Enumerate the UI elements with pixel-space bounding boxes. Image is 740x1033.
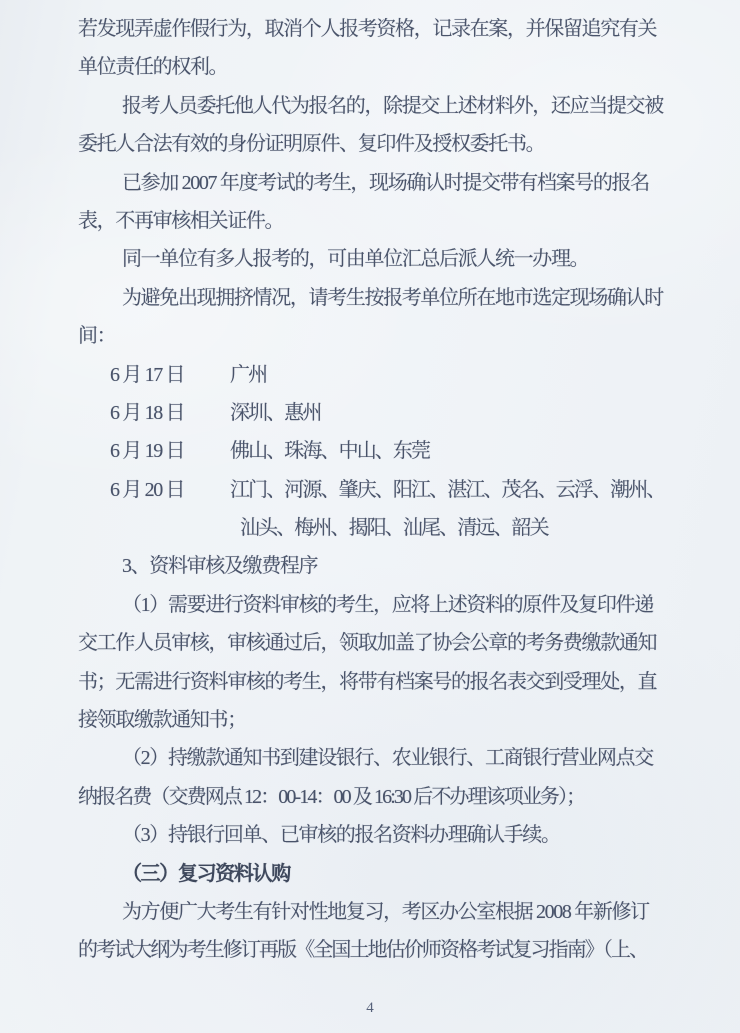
text-line: 单位责任的权利。 bbox=[78, 48, 678, 86]
schedule-cities: 佛山、珠海、中山、东莞 bbox=[230, 440, 429, 462]
text-line: （2）持缴款通知书到建设银行、农业银行、工商银行营业网点交 bbox=[78, 739, 678, 777]
text-line: 纳报名费（交费网点 12：00-14：00 及 16:30 后不办理该项业务）； bbox=[78, 778, 678, 816]
text-line: 已参加 2007 年度考试的考生，现场确认时提交带有档案号的报名 bbox=[78, 164, 678, 202]
text-line: 为避免出现拥挤情况，请考生按报考单位所在地市选定现场确认时 bbox=[78, 279, 678, 317]
text-line: 接领取缴款通知书； bbox=[78, 701, 678, 739]
document-page: 若发现弄虚作假行为，取消个人报考资格，记录在案，并保留追究有关 单位责任的权利。… bbox=[0, 0, 740, 1033]
schedule-continuation-line: 汕头、梅州、揭阳、汕尾、清远、韶关 bbox=[78, 509, 678, 547]
schedule-row: 6 月 17 日广州 bbox=[78, 356, 678, 394]
schedule-cities: 深圳、惠州 bbox=[230, 402, 321, 424]
schedule-date: 6 月 20 日 bbox=[110, 471, 230, 509]
schedule-date: 6 月 18 日 bbox=[110, 394, 230, 432]
text-line: 书；无需进行资料审核的考生，将带有档案号的报名表交到受理处，直 bbox=[78, 663, 678, 701]
text-line: 报考人员委托他人代为报名的，除提交上述材料外，还应当提交被 bbox=[78, 87, 678, 125]
schedule-date: 6 月 19 日 bbox=[110, 432, 230, 470]
schedule-row: 6 月 19 日佛山、珠海、中山、东莞 bbox=[78, 432, 678, 470]
schedule-row: 6 月 18 日深圳、惠州 bbox=[78, 394, 678, 432]
text-line: 的考试大纲为考生修订再版《全国土地估价师资格考试复习指南》（上、 bbox=[78, 931, 678, 969]
schedule-date: 6 月 17 日 bbox=[110, 356, 230, 394]
text-line: 间： bbox=[78, 317, 678, 355]
section-subheading: 3、资料审核及缴费程序 bbox=[78, 547, 678, 585]
text-line: 委托人合法有效的身份证明原件、复印件及授权委托书。 bbox=[78, 125, 678, 163]
text-line: （1）需要进行资料审核的考生，应将上述资料的原件及复印件递 bbox=[78, 586, 678, 624]
schedule-row: 6 月 20 日江门、河源、肇庆、阳江、湛江、茂名、云浮、潮州、 bbox=[78, 471, 678, 509]
section-heading: （三）复习资料认购 bbox=[78, 855, 678, 893]
page-number: 4 bbox=[0, 1000, 740, 1017]
schedule-cities: 江门、河源、肇庆、阳江、湛江、茂名、云浮、潮州、 bbox=[230, 479, 664, 501]
text-line: 若发现弄虚作假行为，取消个人报考资格，记录在案，并保留追究有关 bbox=[78, 10, 678, 48]
text-line: 同一单位有多人报考的，可由单位汇总后派人统一办理。 bbox=[78, 240, 678, 278]
text-line: （3）持银行回单、已审核的报名资料办理确认手续。 bbox=[78, 816, 678, 854]
schedule-cities: 广州 bbox=[230, 364, 266, 386]
text-line: 为方便广大考生有针对性地复习，考区办公室根据 2008 年新修订 bbox=[78, 893, 678, 931]
text-line: 表，不再审核相关证件。 bbox=[78, 202, 678, 240]
text-line: 交工作人员审核，审核通过后，领取加盖了协会公章的考务费缴款通知 bbox=[78, 624, 678, 662]
document-body: 若发现弄虚作假行为，取消个人报考资格，记录在案，并保留追究有关 单位责任的权利。… bbox=[78, 10, 678, 970]
